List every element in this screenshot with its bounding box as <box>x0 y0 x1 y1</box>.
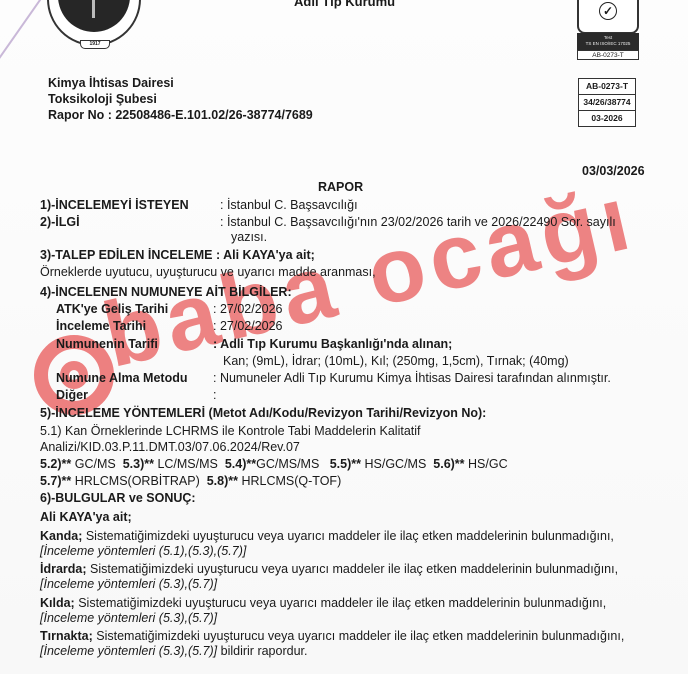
finding-sample: Tırnakta; <box>40 629 93 643</box>
method-5-1-cont: Analizi/KID.03.P.11.DMT.03/07.06.2024/Re… <box>40 440 300 455</box>
method-name: LC/MS/MS <box>154 457 218 471</box>
finding-methods-line: [İnceleme yöntemleri (5.3),(5.7)] bildir… <box>40 644 307 659</box>
method-number: 5.4)** <box>225 457 256 471</box>
sample-info-value: : 27/02/2026 <box>213 302 283 317</box>
sample-info-value-cont: Kan; (9mL), İdrar; (10mL), Kıl; (250mg, … <box>223 354 569 369</box>
code-box-line: 03-2026 <box>579 111 635 126</box>
section2-value: : İstanbul C. Başsavcılığı'nın 23/02/202… <box>220 215 616 230</box>
sample-info-key: ATK'ye Geliş Tarihi <box>56 302 168 317</box>
finding-text: Sistematiğimizdeki uyuşturucu veya uyarı… <box>93 629 625 643</box>
finding-sample: İdrarda; <box>40 562 87 576</box>
method-number: 5.8)** <box>207 474 238 488</box>
section1-value: : İstanbul C. Başsavcılığı <box>220 198 358 213</box>
seal-year: 1917 <box>80 40 110 49</box>
sample-info-key: Numunenin Tarifi <box>56 337 158 352</box>
section2-value-cont: yazısı. <box>231 230 267 245</box>
institution-seal: 1917 <box>47 0 141 46</box>
code-box: AB-0273-T 34/26/38774 03-2026 <box>578 78 636 127</box>
report-page: 1917 Adli Tıp Kurumu ✓ Test TS EN ISO/IE… <box>0 0 688 674</box>
section4-label: 4)-İNCELENEN NUMUNEYE AİT BİLGİLER: <box>40 285 292 300</box>
finding-text: Sistematiğimizdeki uyuşturucu veya uyarı… <box>87 562 619 576</box>
accreditation-mark: ✓ <box>577 0 639 34</box>
section1-label: 1)-İNCELEMEYİ İSTEYEN <box>40 198 189 213</box>
finding-kil: Kılda; Sistematiğimizdeki uyuşturucu vey… <box>40 596 606 611</box>
method-name: HS/GC/MS <box>361 457 426 471</box>
finding-sample: Kanda; <box>40 529 82 543</box>
section5-label: 5)-İNCELEME YÖNTEMLERİ (Metot Adı/Kodu/R… <box>40 406 486 421</box>
sample-info-value: : 27/02/2026 <box>213 319 283 334</box>
finding-kan: Kanda; Sistematiğimizdeki uyuşturucu vey… <box>40 529 614 544</box>
method-number: 5.7)** <box>40 474 71 488</box>
section6-label: 6)-BULGULAR ve SONUÇ: <box>40 491 196 506</box>
report-number: Rapor No : 22508486-E.101.02/26-38774/76… <box>48 108 313 122</box>
section2-label: 2)-İLGİ <box>40 215 80 230</box>
method-number: 5.5)** <box>330 457 361 471</box>
accreditation-bar: Test TS EN ISO/IEC 17025 <box>577 33 639 50</box>
finding-tirnak: Tırnakta; Sistematiğimizdeki uyuşturucu … <box>40 629 624 644</box>
code-box-line: 34/26/38774 <box>579 95 635 111</box>
method-number: 5.6)** <box>433 457 464 471</box>
seal-emblem-icon <box>58 0 130 32</box>
method-name: GC/MS/MS <box>256 457 319 471</box>
report-title: RAPOR <box>318 180 363 195</box>
accreditation-standard: TS EN ISO/IEC 17025 <box>577 41 639 47</box>
methods-line-2: 5.7)** HRLCMS(ORBİTRAP) 5.8)** HRLCMS(Q-… <box>40 474 341 489</box>
finding-sample: Kılda; <box>40 596 75 610</box>
finding-methods: [İnceleme yöntemleri (5.3),(5.7)] <box>40 644 217 658</box>
section3-label: 3)-TALEP EDİLEN İNCELEME : Ali KAYA'ya a… <box>40 248 315 263</box>
sample-info-key: Diğer <box>56 388 88 403</box>
branch: Toksikoloji Şubesi <box>48 92 157 106</box>
finding-methods: [İnceleme yöntemleri (5.3),(5.7)] <box>40 611 217 626</box>
method-name: HS/GC <box>465 457 508 471</box>
sample-info-key: İnceleme Tarihi <box>56 319 146 334</box>
method-number: 5.2)** <box>40 457 71 471</box>
method-5-1: 5.1) Kan Örneklerinde LCHRMS ile Kontrol… <box>40 424 421 439</box>
institution-name: Adli Tıp Kurumu <box>294 0 395 9</box>
finding-idrar: İdrarda; Sistematiğimizdeki uyuşturucu v… <box>40 562 618 577</box>
finding-methods: [İnceleme yöntemleri (5.3),(5.7)] <box>40 577 217 592</box>
department: Kimya İhtisas Dairesi <box>48 76 174 90</box>
methods-line-1: 5.2)** GC/MS 5.3)** LC/MS/MS 5.4)**GC/MS… <box>40 457 508 472</box>
code-box-line: AB-0273-T <box>579 79 635 95</box>
sample-info-value: : Adli Tıp Kurumu Başkanlığı'nda alınan; <box>213 337 452 352</box>
finding-text: Sistematiğimizdeki uyuşturucu veya uyarı… <box>82 529 614 543</box>
section3-text: Örneklerde uyutucu, uyuşturucu ve uyarıc… <box>40 265 376 280</box>
sample-info-value: : <box>213 388 216 403</box>
pen-mark <box>0 0 43 63</box>
method-name: HRLCMS(ORBİTRAP) <box>71 474 199 488</box>
sample-info-value: : Numuneler Adli Tıp Kurumu Kimya İhtisa… <box>213 371 611 386</box>
check-icon: ✓ <box>599 2 617 20</box>
sample-info-key: Numune Alma Metodu <box>56 371 187 386</box>
finding-methods: [İnceleme yöntemleri (5.1),(5.3),(5.7)] <box>40 544 246 559</box>
method-name: GC/MS <box>71 457 115 471</box>
finding-text: Sistematiğimizdeki uyuşturucu veya uyarı… <box>75 596 607 610</box>
method-number: 5.3)** <box>123 457 154 471</box>
accreditation-code: AB-0273-T <box>577 50 639 60</box>
findings-subject: Ali KAYA'ya ait; <box>40 510 132 525</box>
method-name: HRLCMS(Q-TOF) <box>238 474 341 488</box>
closing-text: bildirir rapordur. <box>217 644 307 658</box>
